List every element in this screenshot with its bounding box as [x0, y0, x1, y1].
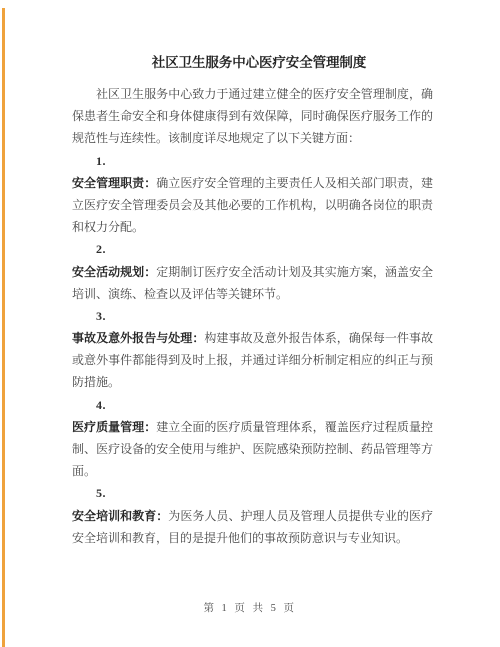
list-number: 4. — [72, 394, 433, 416]
section-line: 安全培训和教育：为医务人员、护理人员及管理人员提供专业的医疗 — [72, 505, 433, 527]
section-line: 医疗质量管理：建立全面的医疗质量管理体系，覆盖医疗过程质量控 — [72, 416, 433, 438]
intro-line: 规范性与连续性。该制度详尽地规定了以下关键方面： — [72, 127, 433, 149]
section-line: 防措施。 — [72, 371, 433, 393]
section-line: 事故及意外报告与处理：构建事故及意外报告体系，确保每一件事故 — [72, 327, 433, 349]
section-label: 医疗质量管理： — [72, 420, 156, 434]
section-label: 安全培训和教育： — [72, 509, 168, 523]
list-number: 3. — [72, 305, 433, 327]
accent-bar — [2, 8, 5, 647]
section-label: 安全管理职责： — [72, 176, 156, 190]
section-line: 和权力分配。 — [72, 216, 433, 238]
list-number: 5. — [72, 482, 433, 504]
section-line: 制、医疗设备的安全使用与维护、医院感染预防控制、药品管理等方 — [72, 438, 433, 460]
section-text: 确立医疗安全管理的主要责任人及相关部门职责，建 — [156, 176, 433, 190]
page-footer: 第 1 页 共 5 页 — [0, 601, 500, 617]
section-line: 面。 — [72, 460, 433, 482]
section-label: 安全活动规划： — [72, 265, 156, 279]
document-body: 社区卫生服务中心致力于通过建立健全的医疗安全管理制度，确 保患者生命安全和身体健… — [72, 83, 433, 549]
intro-line: 保患者生命安全和身体健康得到有效保障，同时确保医疗服务工作的 — [72, 105, 433, 127]
section-line: 安全活动规划：定期制订医疗安全活动计划及其实施方案，涵盖安全 — [72, 261, 433, 283]
section-text: 为医务人员、护理人员及管理人员提供专业的医疗 — [168, 509, 433, 523]
section-label: 事故及意外报告与处理： — [72, 331, 204, 345]
list-number: 2. — [72, 238, 433, 260]
section-line: 安全培训和教育，目的是提升他们的事故预防意识与专业知识。 — [72, 527, 433, 549]
section-text: 构建事故及意外报告体系，确保每一件事故 — [204, 331, 433, 345]
section-line: 或意外事件都能得到及时上报，并通过详细分析制定相应的纠正与预 — [72, 349, 433, 371]
document-page: 社区卫生服务中心医疗安全管理制度 社区卫生服务中心致力于通过建立健全的医疗安全管… — [0, 0, 500, 647]
section-line: 安全管理职责：确立医疗安全管理的主要责任人及相关部门职责，建 — [72, 172, 433, 194]
list-number: 1. — [72, 150, 433, 172]
intro-line: 社区卫生服务中心致力于通过建立健全的医疗安全管理制度，确 — [72, 83, 433, 105]
section-line: 立医疗安全管理委员会及其他必要的工作机构，以明确各岗位的职责 — [72, 194, 433, 216]
section-text: 定期制订医疗安全活动计划及其实施方案，涵盖安全 — [156, 265, 433, 279]
section-text: 建立全面的医疗质量管理体系，覆盖医疗过程质量控 — [156, 420, 433, 434]
section-line: 培训、演练、检查以及评估等关键环节。 — [72, 283, 433, 305]
document-title: 社区卫生服务中心医疗安全管理制度 — [9, 51, 500, 75]
